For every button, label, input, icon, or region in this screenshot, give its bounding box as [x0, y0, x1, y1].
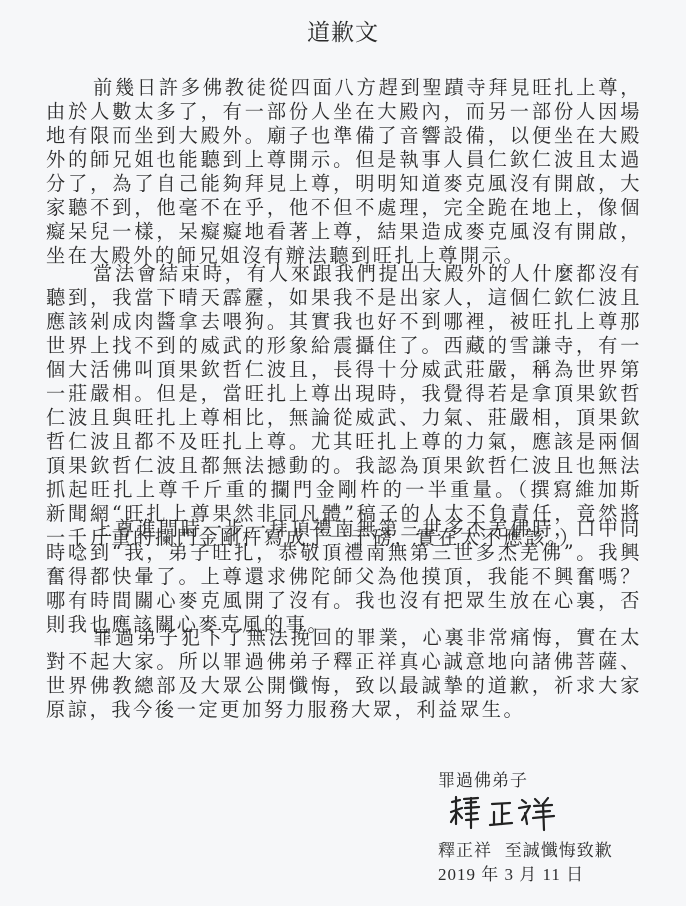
signature-date: 2019 年 3 月 11 日 — [438, 860, 584, 885]
handwritten-signature — [448, 794, 568, 837]
signature-label: 罪過佛弟子 — [438, 766, 528, 791]
paragraph-1: 前幾日許多佛教徒從四面八方趕到聖蹟寺拜見旺扎上尊，由於人數太多了，有一部份人坐在… — [46, 76, 642, 268]
document-title: 道歉文 — [0, 14, 686, 47]
signature-name-line: 釋正祥 至誠懺悔致歉 — [438, 836, 613, 861]
signature-scribble-icon — [448, 794, 568, 832]
document-page: 道歉文 前幾日許多佛教徒從四面八方趕到聖蹟寺拜見旺扎上尊，由於人數太多了，有一部… — [0, 0, 686, 906]
paragraph-4: 罪過弟子犯下了無法挽回的罪業，心裏非常痛悔，實在太對不起大家。所以罪過佛弟子釋正… — [46, 626, 642, 722]
paragraph-2: 當法會結束時，有人來跟我們提出大殿外的人什麼都沒有聽到，我當下晴天霹靂，如果我不… — [46, 262, 642, 550]
paragraph-3: 上尊進門時一步一拜頂禮南無第三世多杰羌佛時，口中同時唸到“我，弟子旺扎，恭敬頂禮… — [46, 517, 642, 637]
